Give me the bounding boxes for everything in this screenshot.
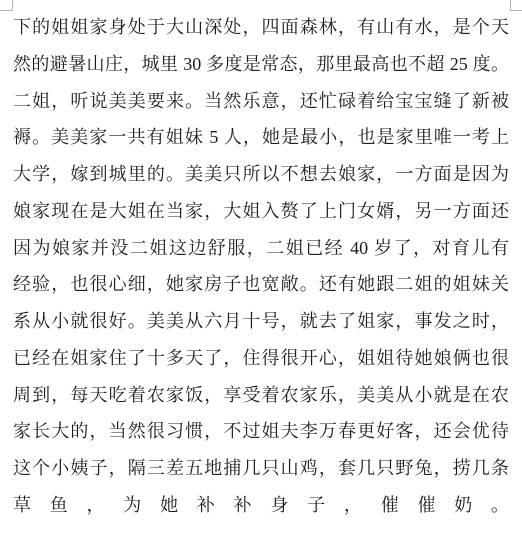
margin-crop-mark-top-left-icon — [0, 0, 13, 11]
text-line: 然的避暑山庄，城里 30 多度是常态，那里最高也不超 25 度。 — [13, 46, 509, 83]
text-line: 经验，也很心细，她家房子也宽敞。还有她跟二姐的姐妹关 — [13, 266, 509, 303]
margin-crop-mark-top-right-icon — [510, 0, 522, 11]
text-line: 因为娘家并没二姐这边舒服，二姐已经 40 岁了，对育儿有 — [13, 230, 509, 267]
text-line: 下的姐姐家身处于大山深处，四面森林，有山有水，是个天 — [13, 9, 509, 46]
document-page: 下的姐姐家身处于大山深处，四面森林，有山有水，是个天 然的避暑山庄，城里 30 … — [0, 0, 522, 552]
text-line: 系从小就很好。美美从六月十号，就去了姐家，事发之时， — [13, 303, 509, 340]
text-line: 家长大的，当然很习惯，不过姐夫李万春更好客，还会优待 — [13, 413, 509, 450]
text-line: 二姐，听说美美要来。当然乐意，还忙碌着给宝宝缝了新被 — [13, 83, 509, 120]
text-line: 已经在姐家住了十多天了，住得很开心，姐姐待她娘俩也很 — [13, 340, 509, 377]
text-line: 娘家现在是大姐在当家，大姐入赘了上门女婿，另一方面还 — [13, 193, 509, 230]
text-line: 这个小姨子，隔三差五地捕几只山鸡，套几只野兔，捞几条 — [13, 450, 509, 487]
text-line-distributed: 草鱼，为她补补身子，催催奶。 — [13, 487, 509, 524]
text-line: 褥。美美家一共有姐妹 5 人，她是最小，也是家里唯一考上 — [13, 119, 509, 156]
text-line: 大学，嫁到城里的。美美只所以不想去娘家，一方面是因为 — [13, 156, 509, 193]
text-line: 周到，每天吃着农家饭，享受着农家乐，美美从小就是在农 — [13, 377, 509, 414]
document-body-text: 下的姐姐家身处于大山深处，四面森林，有山有水，是个天 然的避暑山庄，城里 30 … — [13, 9, 509, 524]
